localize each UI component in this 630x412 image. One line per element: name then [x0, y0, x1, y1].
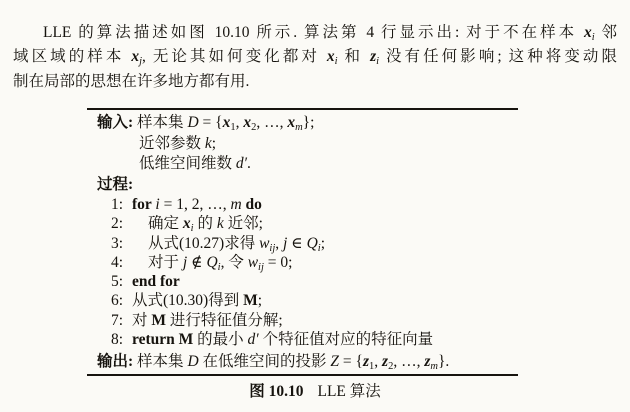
step-content: 对 M 进行特征值分解;	[132, 311, 516, 330]
step-content: end for	[132, 272, 516, 291]
algorithm-output-line: 输出: 样本集 D 在低维空间的投影 Z = {z1, z2, …, zm}.	[97, 351, 516, 372]
step-number: 8:	[97, 330, 123, 349]
algorithm-input-line: 输入: 样本集 D = {x1, x2, …, xm};	[97, 113, 516, 134]
figure-caption: 图 10.10LLE 算法	[0, 382, 630, 402]
algorithm-step: 6: 从式(10.30)得到 M;	[97, 291, 516, 310]
algorithm-input-line: 近邻参数 k;	[97, 134, 516, 155]
algorithm-step: 3: 从式(10.27)求得 wij, j ∈ Qi;	[97, 234, 516, 253]
step-number: 4:	[97, 253, 123, 272]
algorithm-step: 5: end for	[97, 272, 516, 291]
step-content: return M 的最小 d′ 个特征值对应的特征向量	[132, 330, 516, 349]
algorithm-box: 输入: 样本集 D = {x1, x2, …, xm}; 近邻参数 k; 低维空…	[87, 108, 518, 376]
paragraph-line: 域区域的样本 xj, 无论其如何变化都对 xi 和 zi 没有任何影响; 这种将…	[13, 45, 617, 70]
algorithm-step: 7: 对 M 进行特征值分解;	[97, 311, 516, 330]
algorithm-step: 1: for i = 1, 2, …, m do	[97, 195, 516, 214]
algorithm-step: 8: return M 的最小 d′ 个特征值对应的特征向量	[97, 330, 516, 349]
paragraph-line: LLE 的算法描述如图 10.10 所示. 算法第 4 行显示出: 对于不在样本…	[13, 21, 617, 46]
step-number: 1:	[97, 195, 123, 214]
body-paragraph: LLE 的算法描述如图 10.10 所示. 算法第 4 行显示出: 对于不在样本…	[13, 21, 617, 95]
algorithm-bottom-rule	[87, 374, 518, 376]
step-number: 2:	[97, 214, 123, 233]
algorithm-step: 4: 对于 j ∉ Qi, 令 wij = 0;	[97, 253, 516, 272]
step-content: 从式(10.27)求得 wij, j ∈ Qi;	[132, 234, 516, 253]
step-number: 7:	[97, 311, 123, 330]
step-content: 从式(10.30)得到 M;	[132, 291, 516, 310]
step-content: for i = 1, 2, …, m do	[132, 195, 516, 214]
algorithm-process-label: 过程:	[97, 175, 516, 196]
step-content: 对于 j ∉ Qi, 令 wij = 0;	[132, 253, 516, 272]
algorithm-body: 输入: 样本集 D = {x1, x2, …, xm}; 近邻参数 k; 低维空…	[87, 110, 518, 374]
step-number: 5:	[97, 272, 123, 291]
algorithm-step: 2: 确定 xi 的 k 近邻;	[97, 214, 516, 233]
figure-number: 图 10.10	[249, 383, 303, 400]
algorithm-input-line: 低维空间维数 d′.	[97, 154, 516, 175]
step-number: 6:	[97, 291, 123, 310]
step-content: 确定 xi 的 k 近邻;	[132, 214, 516, 233]
step-number: 3:	[97, 234, 123, 253]
paragraph-line: 制在局部的思想在许多地方都有用.	[13, 70, 617, 95]
book-page: LLE 的算法描述如图 10.10 所示. 算法第 4 行显示出: 对于不在样本…	[0, 0, 630, 412]
figure-title: LLE 算法	[317, 383, 380, 400]
